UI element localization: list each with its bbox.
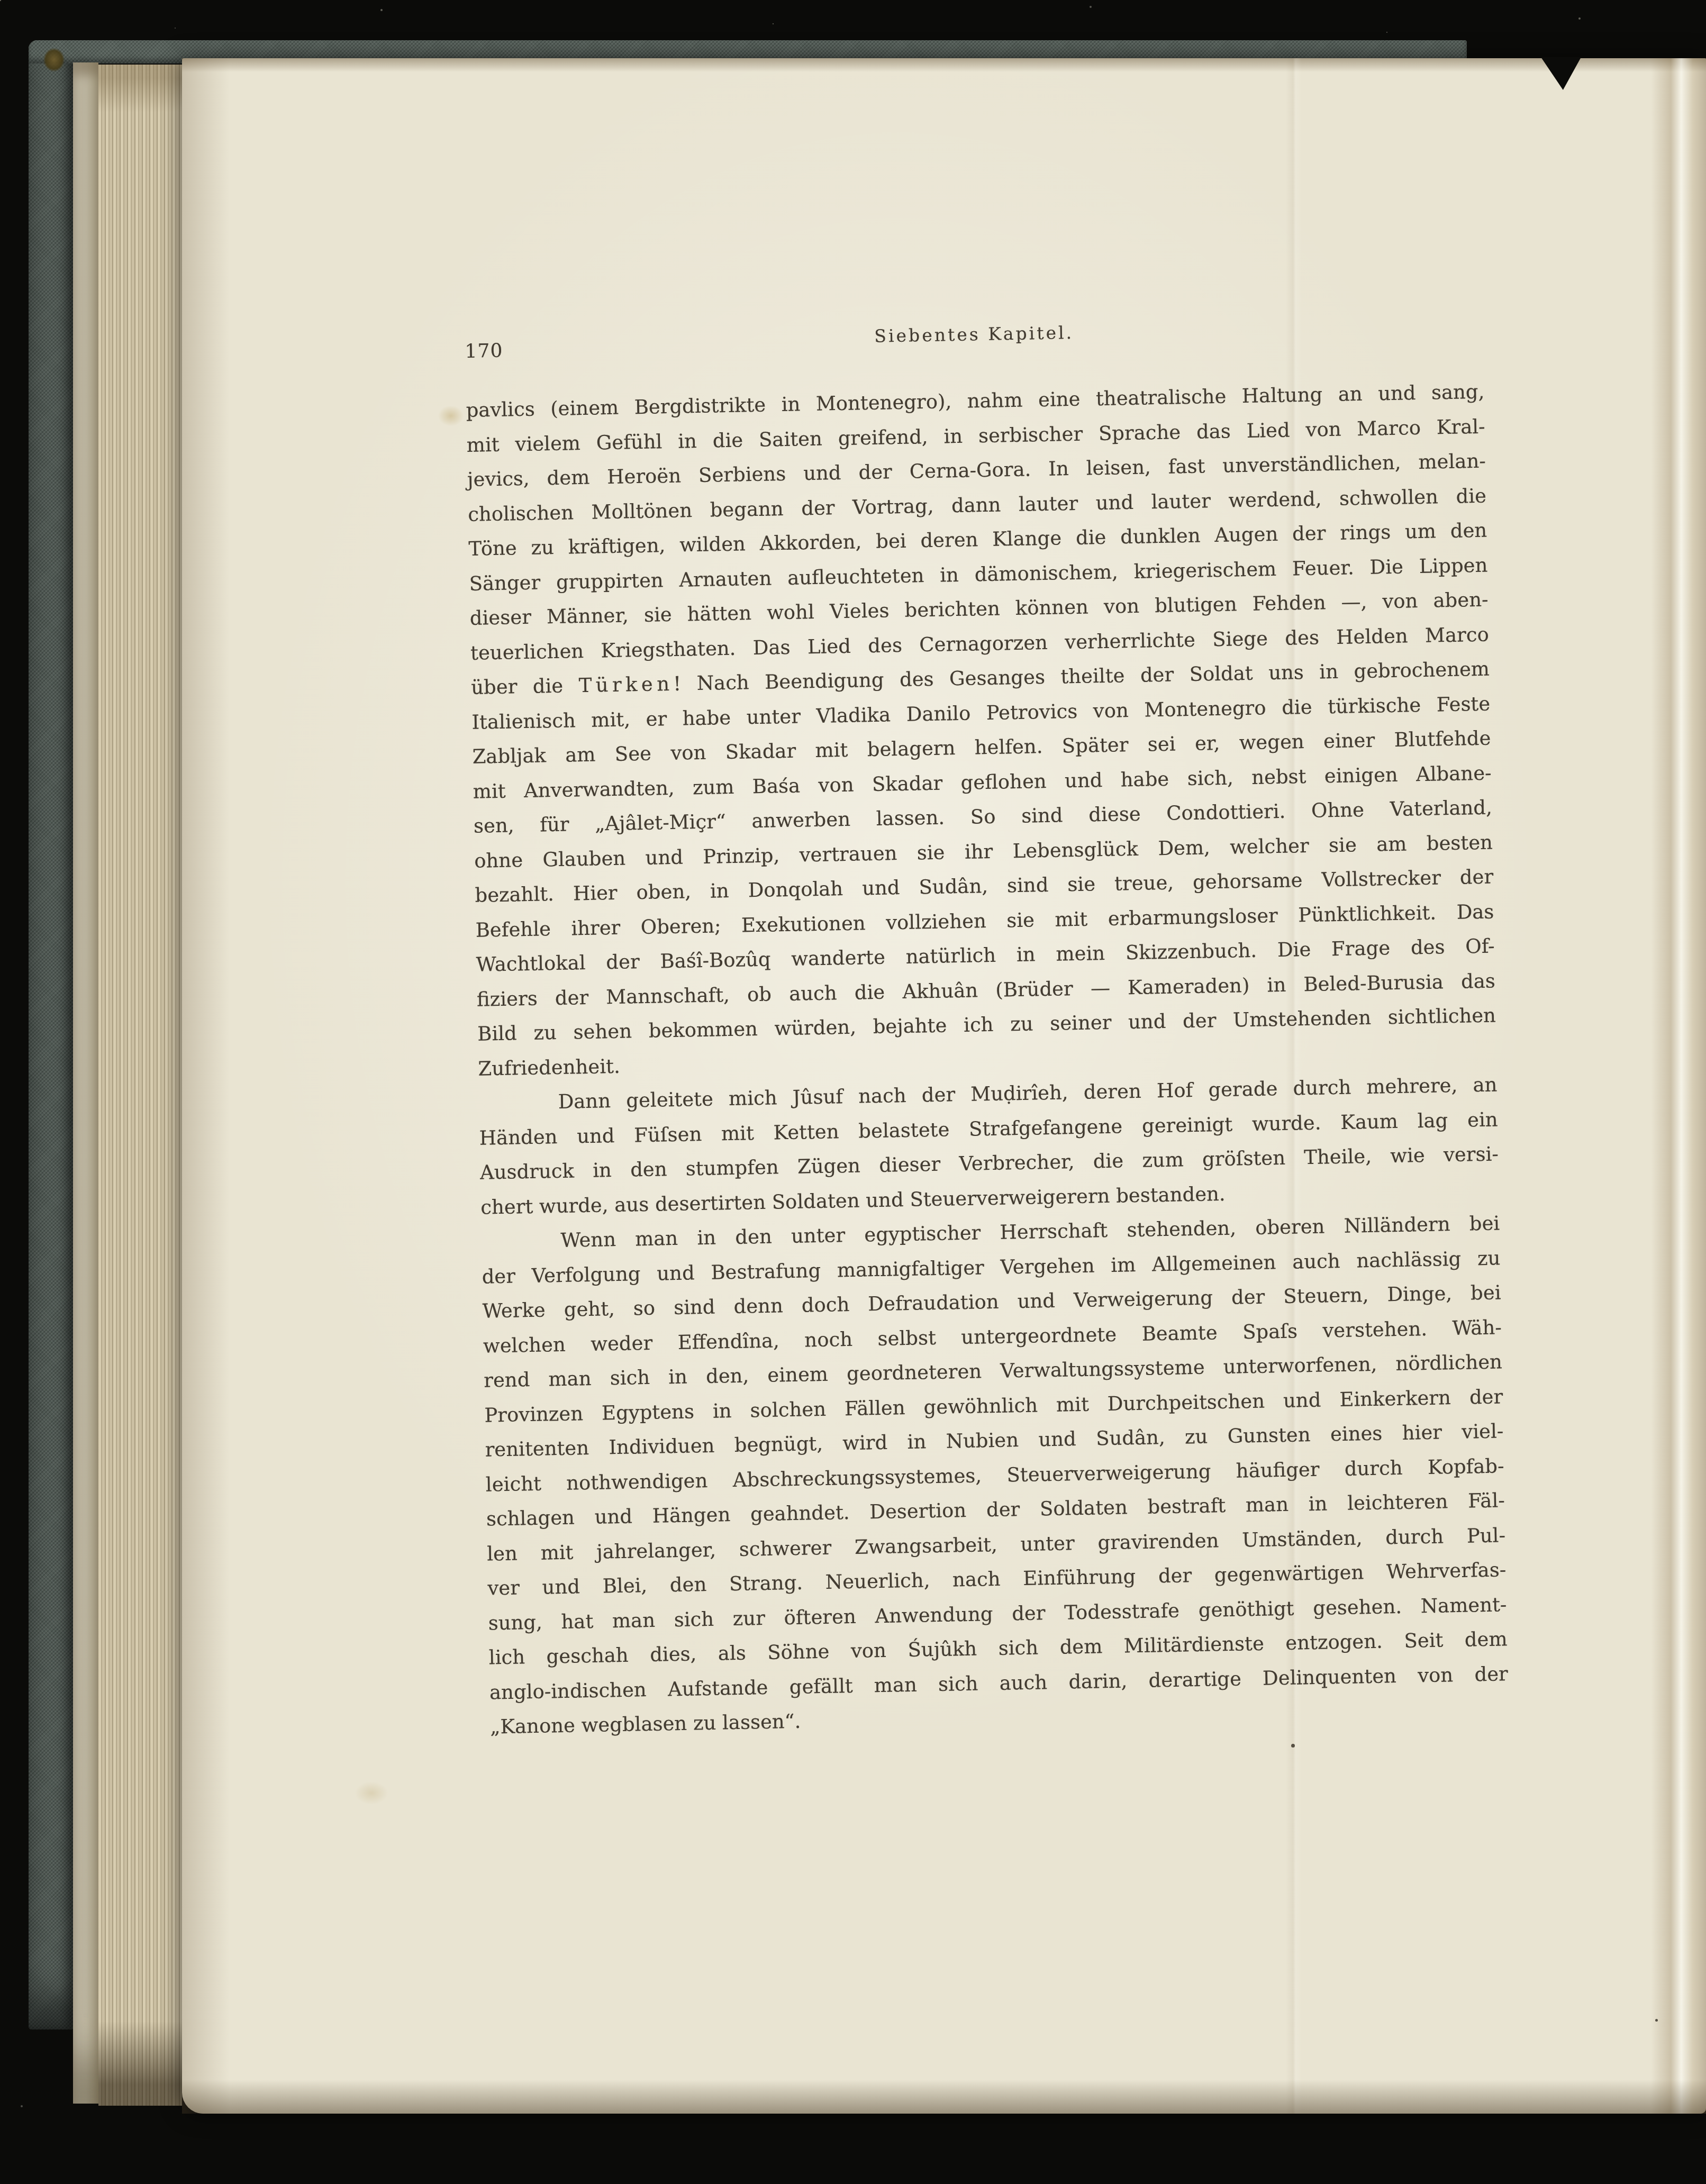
- ink-speck: [1655, 2019, 1658, 2022]
- dust-specks: [0, 0, 1, 1]
- page-top-edge-shadow: [182, 58, 1706, 72]
- first-sheet-edge: [73, 62, 98, 2104]
- book-cover-spine-edge: [29, 40, 73, 2030]
- body-text: pavlics (einem Bergdistrikte in Monteneg…: [466, 375, 1509, 1744]
- page-edge-stack: [98, 65, 182, 2106]
- bottom-shadow: [182, 2080, 1706, 2114]
- cover-rust-spot: [40, 44, 68, 75]
- ink-speck: [1291, 1744, 1295, 1748]
- fore-edge-shadow: [182, 58, 230, 2114]
- page-number: 170: [465, 340, 503, 362]
- running-header: Siebentes Kapitel.: [874, 322, 1074, 347]
- foxing-stain: [349, 1778, 394, 1808]
- page-text-block: 170 Siebentes Kapitel. pavlics (einem Be…: [465, 315, 1509, 1744]
- foxing-stain: [434, 402, 468, 430]
- page-gutter-crease: [1651, 58, 1706, 2114]
